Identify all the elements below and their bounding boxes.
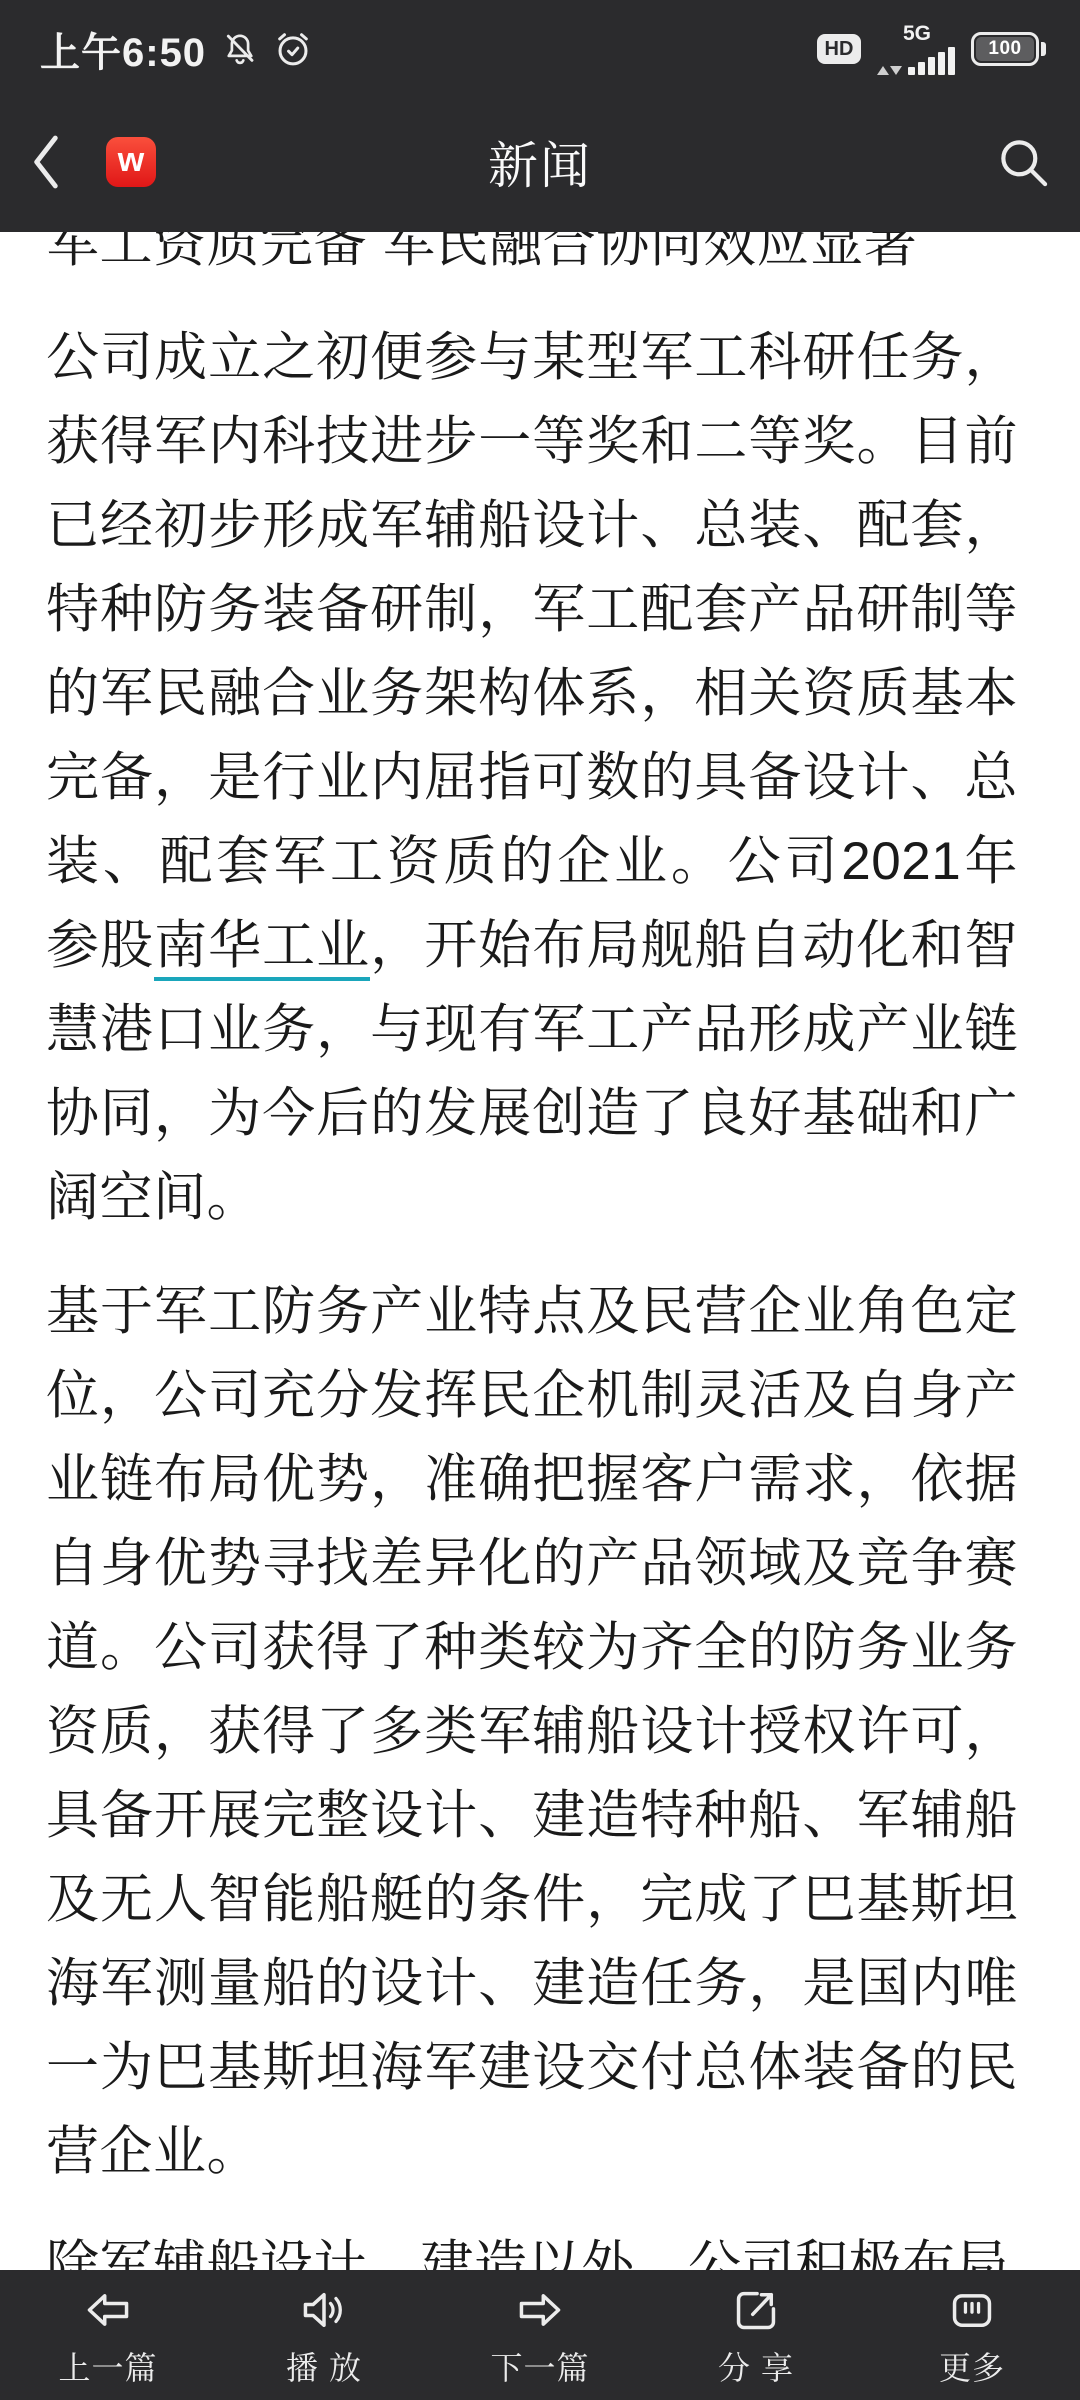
page-title: 新闻: [488, 126, 592, 198]
previous-arrow-icon: [84, 2286, 132, 2334]
status-right-cluster: HD 5G 100: [817, 23, 1046, 75]
battery-level: 100: [976, 37, 1034, 61]
data-activity-arrows-icon: [877, 66, 902, 75]
previous-article-button[interactable]: 上一篇: [0, 2270, 216, 2400]
back-chevron-icon: [30, 132, 62, 192]
next-article-button[interactable]: 下一篇: [432, 2270, 648, 2400]
more-button[interactable]: 更多: [864, 2270, 1080, 2400]
share-button[interactable]: 分 享: [648, 2270, 864, 2400]
article-paragraph-1: 公司成立之初便参与某型军工科研任务，获得军内科技进步一等奖和二等奖。目前已经初步…: [46, 316, 1018, 1240]
status-bar: 上午6:50 HD 5G 100: [0, 0, 1080, 92]
mute-bell-icon: [222, 31, 258, 67]
previous-article-label: 上一篇: [58, 2343, 157, 2389]
speaker-icon: [300, 2286, 348, 2334]
alarm-clock-icon: [274, 30, 312, 68]
header-bar: w 新闻: [0, 92, 1080, 232]
search-icon: [996, 135, 1050, 189]
paragraph-1-text: 公司成立之初便参与某型军工科研任务，获得军内科技进步一等奖和二等奖。目前已经初步…: [46, 328, 1018, 975]
hd-badge: HD: [817, 34, 861, 64]
wind-app-logo: w: [106, 137, 156, 187]
signal-bars-icon: [877, 47, 955, 75]
next-arrow-icon: [516, 2286, 564, 2334]
status-time: 上午6:50: [40, 21, 206, 78]
bottom-toolbar: 上一篇 播 放 下一篇 分 享: [0, 2270, 1080, 2400]
battery-icon: 100: [971, 32, 1046, 66]
more-icon: [948, 2286, 996, 2334]
search-button[interactable]: [986, 122, 1050, 202]
article-body[interactable]: 军工资质完备 军民融合协同效应显著 公司成立之初便参与某型军工科研任务，获得军内…: [0, 232, 1080, 2270]
next-article-label: 下一篇: [490, 2343, 589, 2389]
play-audio-button[interactable]: 播 放: [216, 2270, 432, 2400]
more-label: 更多: [939, 2343, 1005, 2389]
phone-screen: 上午6:50 HD 5G 100: [0, 0, 1080, 2400]
stock-link[interactable]: 南华工业: [154, 916, 370, 981]
share-label: 分 享: [718, 2343, 794, 2389]
back-button[interactable]: [30, 122, 90, 202]
article-paragraph-2: 基于军工防务产业特点及民营企业角色定位，公司充分发挥民企机制灵活及自身产业链布局…: [46, 1270, 1018, 2194]
share-icon: [732, 2286, 780, 2334]
article-paragraph-3-partial: 除军辅船设计、建造以外，公司积极布局: [46, 2224, 1018, 2270]
network-type-label: 5G: [903, 23, 931, 44]
article-subheading: 军工资质完备 军民融合协同效应显著: [46, 232, 1018, 286]
status-left-cluster: 上午6:50: [40, 21, 312, 78]
signal-indicator: 5G: [877, 23, 955, 75]
play-audio-label: 播 放: [286, 2343, 362, 2389]
